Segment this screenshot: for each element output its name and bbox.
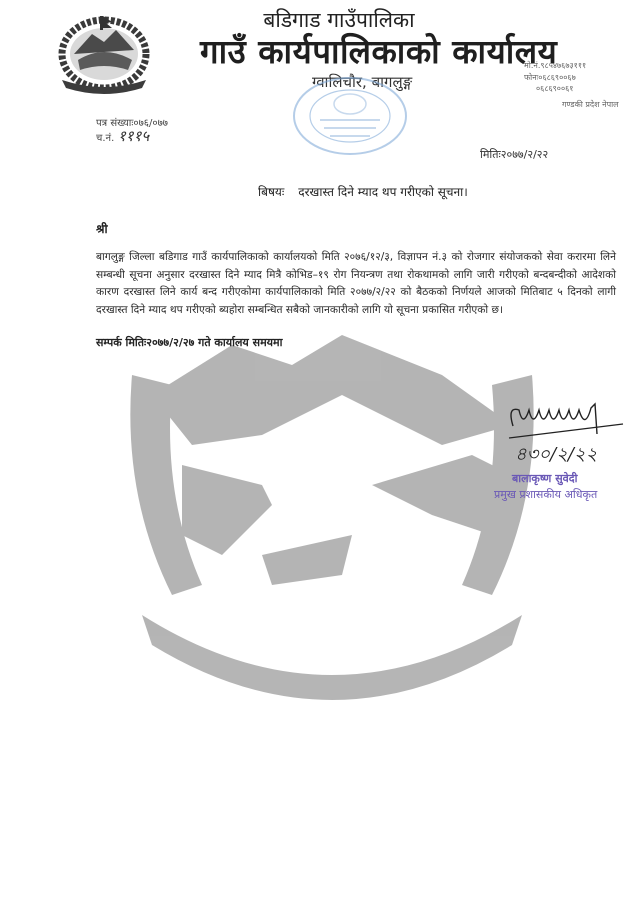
- office-name: गाउँ कार्यपालिकाको कार्यालय: [200, 28, 557, 73]
- subject-text: दरखास्त दिने म्याद थप गरीएको सूचना।: [298, 185, 468, 199]
- office-seal-stamp-icon: [290, 74, 410, 158]
- salutation: श्री: [96, 220, 108, 237]
- contact-province: गण्डकी प्रदेश नेपाल: [562, 99, 619, 110]
- dispatch-number-label: च.नं.: [96, 130, 114, 144]
- dispatch-number-value: १११५: [118, 126, 149, 146]
- subject-line: बिषयःदरखास्त दिने म्याद थप गरीएको सूचना।: [258, 183, 468, 200]
- notice-body: बागलुङ्ग जिल्ला बडिगाड गाउँ कार्यपालिकाक…: [96, 249, 616, 319]
- svg-text:৪৩০/২/২২: ৪৩০/২/২২: [515, 444, 597, 465]
- contact-phone-2: ०६८६९००६१: [536, 83, 573, 94]
- emblem-watermark-icon: [112, 335, 552, 705]
- signatory-title: प्रमुख प्रशासकीय अधिकृत: [494, 487, 597, 502]
- letter-date: मितिः२०७७/२/२२: [480, 147, 548, 162]
- contact-mobile: मो.नं.९८५४७६७३१११: [524, 60, 586, 71]
- contact-date-line: सम्पर्क मितिः२०७७/२/२७ गते कार्यालय समयम…: [96, 335, 282, 350]
- contact-phone-1: फोनः०६८६९००६७: [524, 72, 576, 83]
- signatory-name: बालाकृष्ण सुवेदी: [512, 471, 577, 486]
- signature-icon: ৪৩০/২/২২: [505, 398, 630, 468]
- subject-label: बिषयः: [258, 185, 284, 199]
